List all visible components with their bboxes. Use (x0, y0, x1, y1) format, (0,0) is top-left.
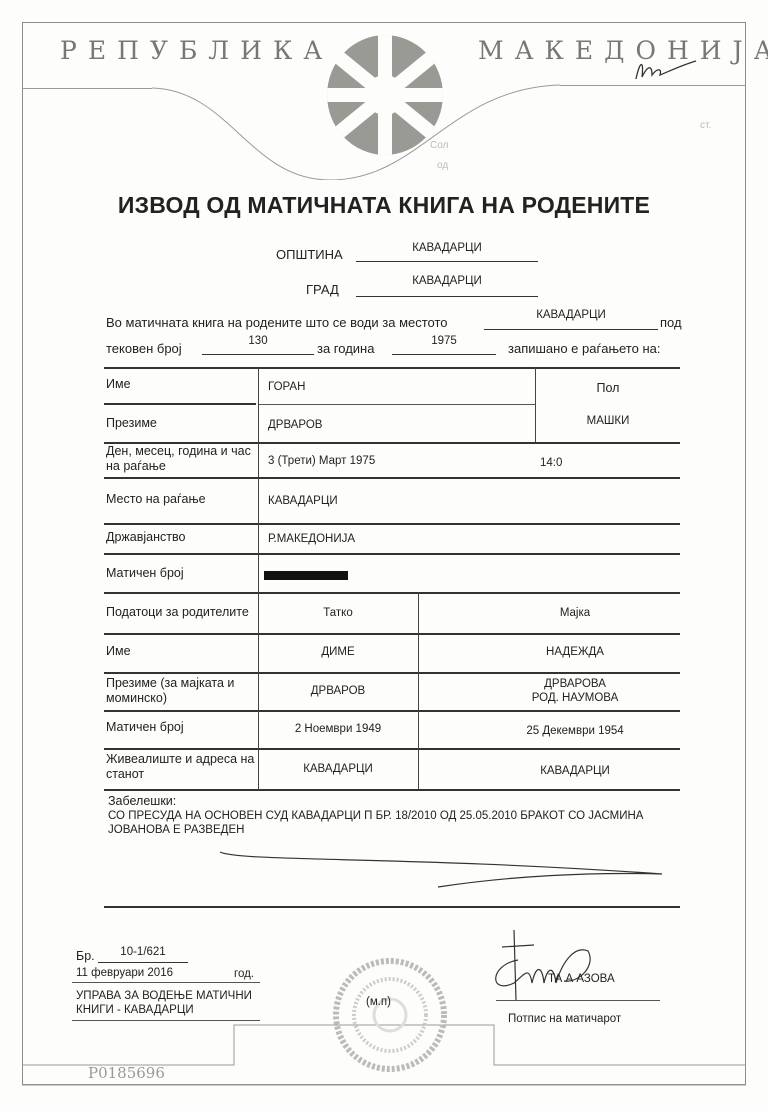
year-suffix: год. (234, 967, 254, 981)
first-name-value: ГОРАН (268, 380, 305, 394)
birth-date-value: 3 (Трети) Март 1975 (268, 454, 375, 468)
number-underline (98, 962, 188, 963)
birth-time-value: 14:0 (540, 456, 562, 470)
table-rule (104, 633, 680, 635)
table-rule (104, 367, 680, 369)
father-first-name: ДИМЕ (258, 645, 418, 659)
issue-date: 11 февруари 2016 (76, 966, 173, 980)
table-rule (104, 403, 256, 405)
municipality-underline (356, 261, 538, 262)
intro-text: Во матичната книга на родените што се во… (106, 315, 448, 330)
parent-address-label: Живеалиште и адреса на станот (106, 752, 258, 782)
citizenship-label: Државјанство (106, 530, 185, 545)
table-rule (104, 523, 680, 525)
place-value: КАВАДАРЦИ (484, 309, 658, 321)
notes-text-line1: СО ПРЕСУДА НА ОСНОВЕН СУД КАВАДАРЦИ П БР… (108, 809, 643, 823)
form-serial-number: P0185696 (88, 1064, 165, 1082)
mother-birth-date: 25 Декември 1954 (470, 724, 680, 738)
municipality-label: ОПШТИНА (276, 247, 343, 262)
municipality-value: КАВАДАРЦИ (356, 242, 538, 254)
table-rule (104, 672, 680, 674)
parent-id-label: Матичен број (106, 720, 184, 735)
faded-stamp-text: од (437, 160, 448, 171)
table-rule (104, 553, 680, 555)
registrar-name: ТА А АЗОВА (548, 972, 615, 986)
initials-signature (630, 55, 700, 85)
faded-stamp-text: Сол (430, 140, 448, 151)
year-underline (392, 354, 496, 355)
surname-label: Презиме (106, 416, 157, 431)
table-rule (258, 404, 535, 405)
table-rule (104, 748, 680, 750)
signature-line (496, 1000, 660, 1001)
sex-value: МАШКИ (536, 414, 680, 428)
city-label: ГРАД (306, 282, 339, 297)
id-number-label: Матичен број (106, 566, 184, 581)
table-column-divider (535, 367, 536, 442)
table-rule (104, 789, 680, 791)
notes-strike-line (210, 840, 670, 890)
office-line1: УПРАВА ЗА ВОДЕЊЕ МАТИЧНИ (76, 989, 252, 1003)
sex-label: Пол (536, 381, 680, 396)
notes-label: Забелешки: (108, 794, 176, 809)
first-name-label: Име (106, 377, 131, 392)
birthplace-label: Место на раѓање (106, 492, 206, 507)
document-title: ИЗВОД ОД МАТИЧНАТА КНИГА НА РОДЕНИТЕ (0, 192, 768, 219)
city-value: КАВАДАРЦИ (356, 275, 538, 287)
father-header: Татко (258, 606, 418, 620)
table-rule (104, 710, 680, 712)
official-seal-icon (330, 955, 450, 1075)
number-value: 10-1/621 (98, 945, 188, 959)
place-underline (484, 329, 658, 330)
letterhead-republic: РЕПУБЛИКА (60, 36, 333, 65)
recorded-text: запишано е раѓањето на: (508, 341, 660, 356)
table-rule (104, 592, 680, 594)
serial-label: тековен број (106, 341, 182, 356)
surname-value: ДРВАРОВ (268, 418, 322, 432)
signature-caption: Потпис на матичарот (508, 1012, 621, 1026)
serial-value: 130 (202, 335, 314, 347)
parent-surname-label: Презиме (за мајката и моминско) (106, 676, 258, 706)
father-address: КАВАДАРЦИ (258, 762, 418, 776)
parents-header-label: Податоци за родителите (106, 605, 249, 620)
id-number-redacted (264, 571, 348, 580)
serial-underline (202, 354, 314, 355)
mother-first-name: НАДЕЖДА (470, 645, 680, 659)
letterhead-macedonia: МАКЕДОНИЈА (478, 36, 768, 65)
seal-label: (м.п) (366, 995, 391, 1009)
father-birth-date: 2 Ноември 1949 (258, 722, 418, 736)
mother-address: КАВАДАРЦИ (470, 764, 680, 778)
table-column-divider (418, 592, 419, 789)
footer-rule (72, 982, 260, 983)
parent-first-name-label: Име (106, 644, 131, 659)
birth-datetime-label: Ден, месец, година и час на раѓање (106, 444, 256, 474)
notes-bottom-rule (104, 906, 680, 908)
office-line2: КНИГИ - КАВАДАРЦИ (76, 1003, 194, 1017)
year-value: 1975 (392, 335, 496, 347)
father-surname: ДРВАРОВ (258, 684, 418, 698)
year-label: за година (317, 341, 374, 356)
registrar-signature (484, 925, 614, 1005)
citizenship-value: Р.МАКЕДОНИЈА (268, 532, 355, 546)
number-label: Бр. (76, 949, 95, 964)
faded-stamp-text: ст. (700, 120, 711, 131)
mother-header: Мајка (470, 606, 680, 620)
notes-text-line2: ЈОВАНОВА Е РАЗВЕДЕН (108, 823, 244, 837)
table-rule (104, 477, 680, 479)
mother-surname: ДРВАРОВА РОД. НАУМОВА (470, 677, 680, 705)
under-text: под (660, 315, 682, 330)
city-underline (356, 296, 538, 297)
birthplace-value: КАВАДАРЦИ (268, 494, 338, 508)
